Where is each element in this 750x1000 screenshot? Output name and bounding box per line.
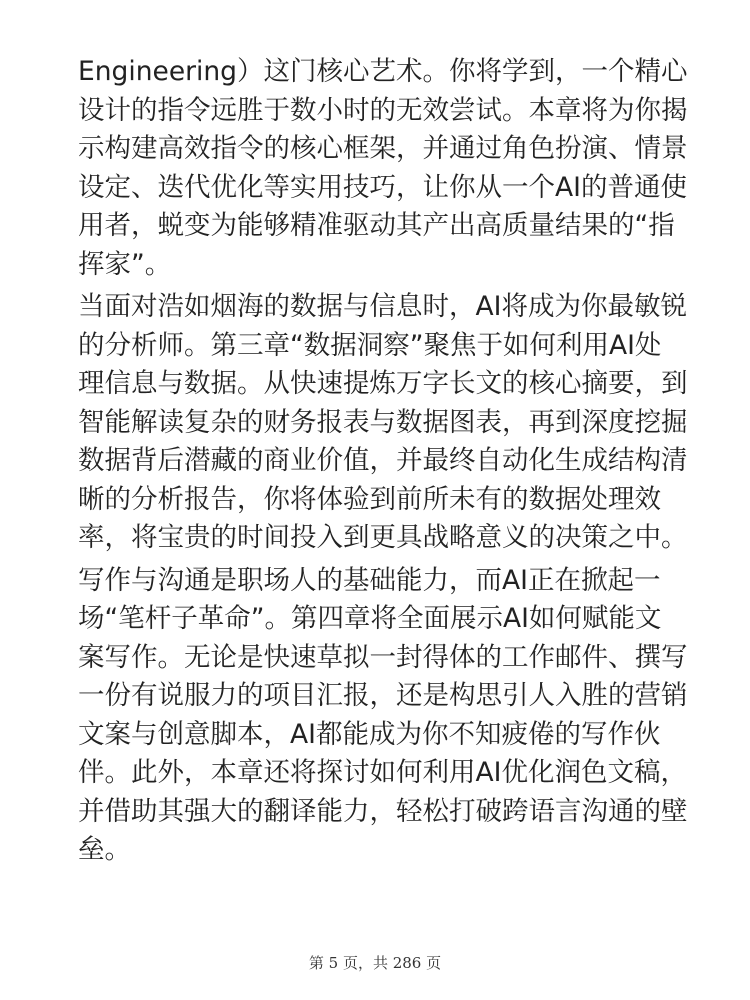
text-line: 示构建高效指令的核心框架，并通过角色扮演、情景 [78, 130, 708, 169]
text-line: 场“笔杆子革命”。第四章将全面展示AI如何赋能文 [78, 600, 708, 639]
text-line: 晰的分析报告，你将体验到前所未有的数据处理效 [78, 481, 708, 520]
text-line: 的分析师。第三章“数据洞察”聚焦于如何利用AI处 [78, 327, 708, 366]
text-line: 设定、迭代优化等实用技巧，让你从一个AI的普通使 [78, 169, 708, 208]
text-line: 一份有说服力的项目汇报，还是构思引人入胜的营销 [78, 677, 708, 716]
text-line: 写作与沟通是职场人的基础能力，而AI正在掀起一 [78, 562, 708, 601]
text-line: 案写作。无论是快速草拟一封得体的工作邮件、撰写 [78, 639, 708, 678]
document-page: Engineering）这门核心艺术。你将学到，一个精心 设计的指令远胜于数小时… [0, 0, 750, 1000]
text-line: 垒。 [78, 831, 708, 870]
text-line: 挥家”。 [78, 246, 708, 285]
text-line: 数据背后潜藏的商业价值，并最终自动化生成结构清 [78, 442, 708, 481]
text-line: 理信息与数据。从快速提炼万字长文的核心摘要，到 [78, 365, 708, 404]
paragraph-prompt-engineering: Engineering）这门核心艺术。你将学到，一个精心 设计的指令远胜于数小时… [78, 53, 708, 284]
text-line: 用者，蜕变为能够精准驱动其产出高质量结果的“指 [78, 207, 708, 246]
text-line: Engineering）这门核心艺术。你将学到，一个精心 [78, 53, 708, 92]
page-number-footer: 第 5 页，共 286 页 [0, 952, 750, 973]
text-line: 文案与创意脚本，AI都能成为你不知疲倦的写作伙 [78, 716, 708, 755]
text-line: 并借助其强大的翻译能力，轻松打破跨语言沟通的壁 [78, 793, 708, 832]
paragraph-writing-revolution: 写作与沟通是职场人的基础能力，而AI正在掀起一 场“笔杆子革命”。第四章将全面展… [78, 562, 708, 870]
text-line: 设计的指令远胜于数小时的无效尝试。本章将为你揭 [78, 92, 708, 131]
text-line: 伴。此外，本章还将探讨如何利用AI优化润色文稿， [78, 754, 708, 793]
paragraph-data-insight: 当面对浩如烟海的数据与信息时，AI将成为你最敏锐 的分析师。第三章“数据洞察”聚… [78, 288, 708, 558]
text-line: 当面对浩如烟海的数据与信息时，AI将成为你最敏锐 [78, 288, 708, 327]
page-body: Engineering）这门核心艺术。你将学到，一个精心 设计的指令远胜于数小时… [78, 53, 708, 874]
text-line: 智能解读复杂的财务报表与数据图表，再到深度挖掘 [78, 404, 708, 443]
text-line: 率，将宝贵的时间投入到更具战略意义的决策之中。 [78, 519, 708, 558]
